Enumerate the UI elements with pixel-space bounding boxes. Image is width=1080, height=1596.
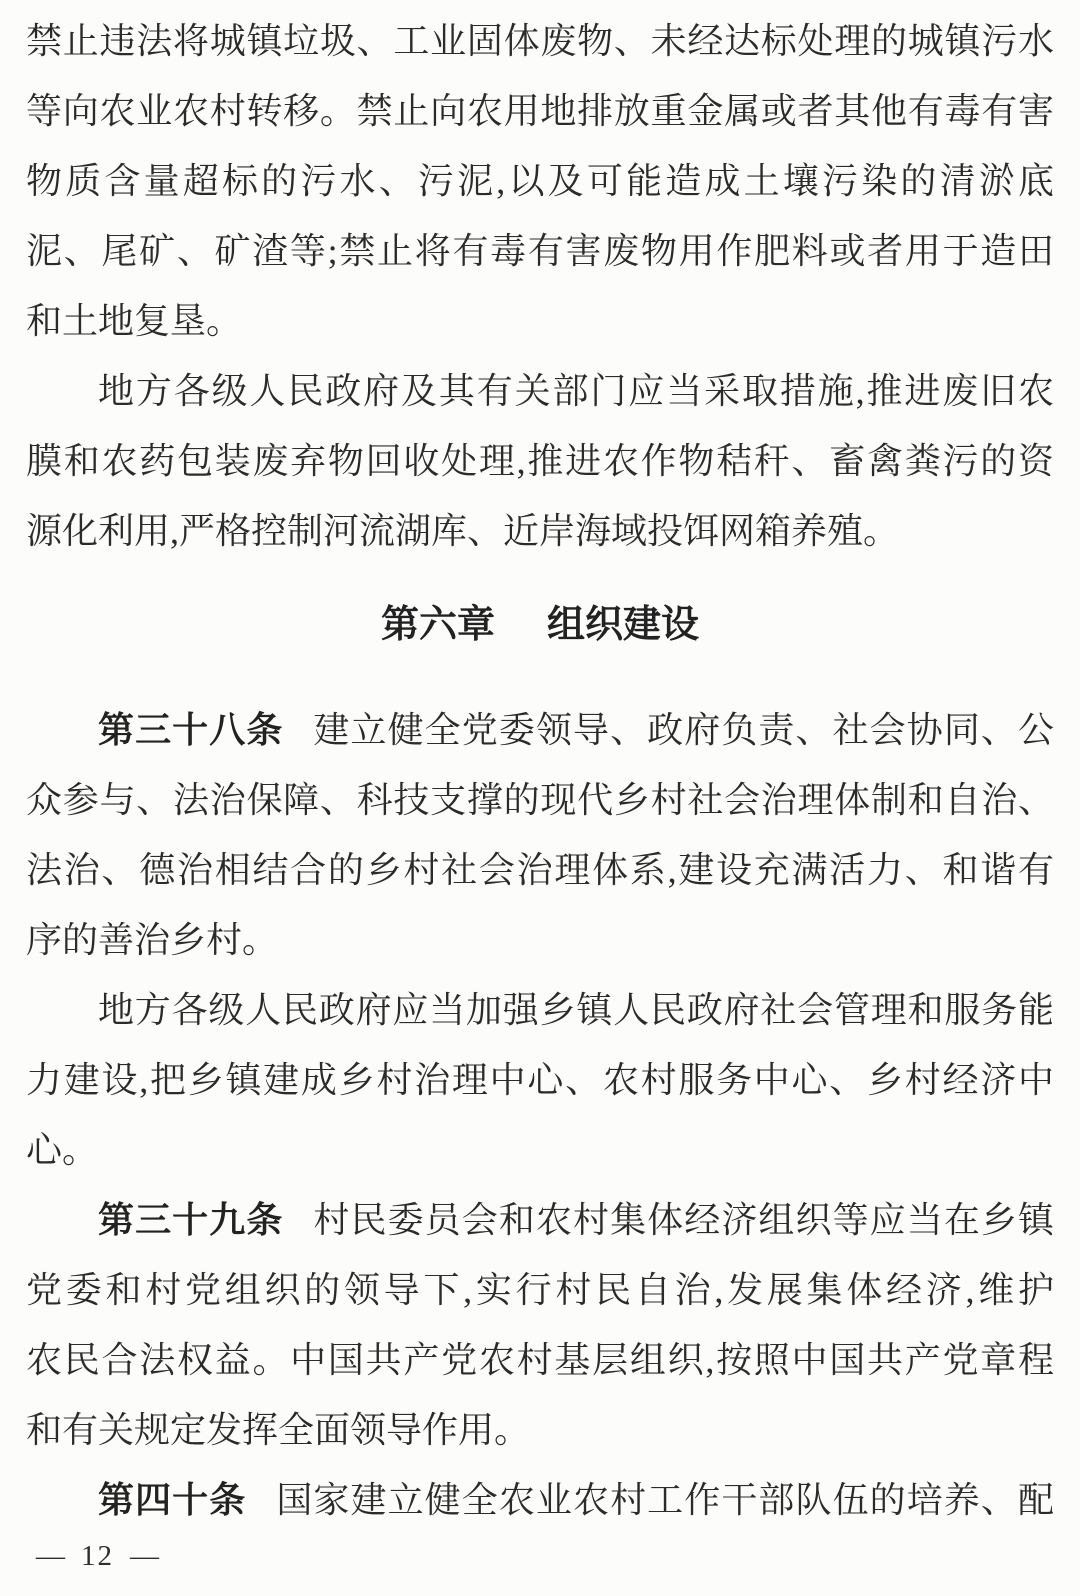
article-39-line-3: 农民合法权益。中国共产党农村基层组织,按照中国共产党章程 (26, 1325, 1054, 1395)
paragraph-continued-line-4: 泥、尾矿、矿渣等;禁止将有毒有害废物用作肥料或者用于造田 (26, 216, 1054, 286)
chapter-title: 组织建设 (547, 604, 699, 646)
paragraph-2-line-1: 地方各级人民政府及其有关部门应当采取措施,推进废旧农 (26, 356, 1054, 426)
article-38-first-line-text: 建立健全党委领导、政府负责、社会协同、公 (313, 710, 1054, 750)
article-40-first-line-text: 国家建立健全农业农村工作干部队伍的培养、配 (276, 1480, 1054, 1520)
paragraph-2-line-3: 源化利用,严格控制河流湖库、近岸海域投饵网箱养殖。 (26, 496, 1054, 566)
chapter-number: 第六章 (381, 604, 495, 646)
paragraph-continued-line-1: 禁止违法将城镇垃圾、工业固体废物、未经达标处理的城镇污水 (26, 6, 1054, 76)
paragraph-2-line-2: 膜和农药包装废弃物回收处理,推进农作物秸秆、畜禽粪污的资 (26, 426, 1054, 496)
paragraph-3-line-1: 地方各级人民政府应当加强乡镇人民政府社会管理和服务能 (26, 975, 1054, 1045)
article-38-line-3: 法治、德治相结合的乡村社会治理体系,建设充满活力、和谐有 (26, 835, 1054, 905)
paragraph-continued-line-3: 物质含量超标的污水、污泥,以及可能造成土壤污染的清淤底 (26, 146, 1054, 216)
article-40-number: 第四十条 (98, 1479, 246, 1520)
footer-right-dash: — (130, 1536, 159, 1576)
document-body: 禁止违法将城镇垃圾、工业固体废物、未经达标处理的城镇污水 等向农业农村转移。禁止… (0, 0, 1080, 1535)
article-39-line-4: 和有关规定发挥全面领导作用。 (26, 1395, 1054, 1465)
paragraph-3-line-2: 力建设,把乡镇建成乡村治理中心、农村服务中心、乡村经济中 (26, 1045, 1054, 1115)
paragraph-continued-line-5: 和土地复垦。 (26, 286, 1054, 356)
scanned-document-page: 禁止违法将城镇垃圾、工业固体废物、未经达标处理的城镇污水 等向农业农村转移。禁止… (0, 0, 1080, 1596)
article-39-number: 第三十九条 (98, 1199, 283, 1240)
article-38-line-4: 序的善治乡村。 (26, 905, 1054, 975)
footer-left-dash: — (36, 1536, 65, 1576)
page-number: 12 (81, 1536, 114, 1576)
article-38-line-2: 众参与、法治保障、科技支撑的现代乡村社会治理体制和自治、 (26, 765, 1054, 835)
article-39-first-line-text: 村民委员会和农村集体经济组织等应当在乡镇 (313, 1200, 1054, 1240)
page-footer: — 12 — (36, 1536, 1080, 1576)
paragraph-3-line-3: 心。 (26, 1115, 1054, 1185)
article-38-line-1: 第三十八条建立健全党委领导、政府负责、社会协同、公 (26, 695, 1054, 765)
article-40-line-1: 第四十条国家建立健全农业农村工作干部队伍的培养、配 (26, 1465, 1054, 1535)
article-39-line-2: 党委和村党组织的领导下,实行村民自治,发展集体经济,维护 (26, 1255, 1054, 1325)
paragraph-continued-line-2: 等向农业农村转移。禁止向农用地排放重金属或者其他有毒有害 (26, 76, 1054, 146)
article-38-number: 第三十八条 (98, 709, 283, 750)
chapter-heading: 第六章组织建设 (26, 590, 1054, 660)
article-39-line-1: 第三十九条村民委员会和农村集体经济组织等应当在乡镇 (26, 1185, 1054, 1255)
